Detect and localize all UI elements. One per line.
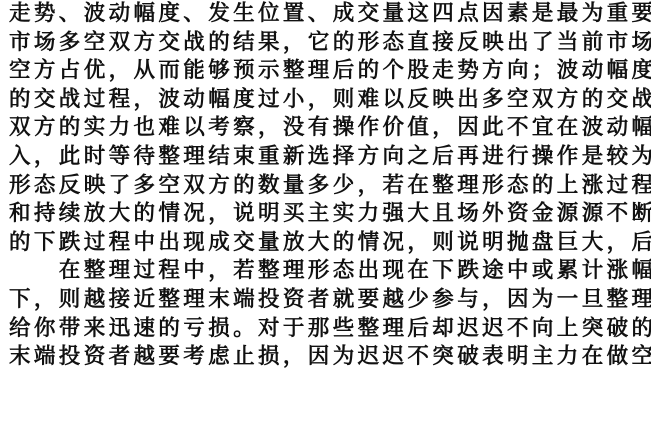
text-line: 在整理过程中，若整理形态出现在下跌途中或累计涨幅巨大的背景之 (9, 257, 643, 286)
text-line: 下，则越接近整理末端投资者就要越少参与，因为一旦整理结束，下跌将会 (9, 286, 643, 315)
text-line: 空方占优，从而能够预示整理后的个股走势方向；波动幅度反映了多空双方 (9, 57, 643, 86)
text-line: 的交战过程，波动幅度过小，则难以反映出多空双方的交战过程，我们对于 (9, 86, 643, 115)
text-line: 末端投资者越要考虑止损，因为迟迟不突破表明主力在做空。 (9, 343, 643, 372)
paragraph-1: 走势、波动幅度、发生位置、成交量这四点因素是最为重要的。K 线走势是 市场多空双… (9, 0, 643, 257)
text-line: 形态反映了多空双方的数量多少，若在整理形态的上涨过程中出现成交量温 (9, 172, 643, 201)
document-page: 走势、波动幅度、发生位置、成交量这四点因素是最为重要的。K 线走势是 市场多空双… (9, 0, 643, 372)
text-line: 双方的实力也难以考察，没有操作价值，因此不宜在波动幅度较小整理期介 (9, 114, 643, 143)
text-line: 的下跌过程中出现成交量放大的情况，则说明抛盘巨大，后势堪忧。 (9, 229, 643, 258)
text-line: 走势、波动幅度、发生位置、成交量这四点因素是最为重要的。K 线走势是 (9, 0, 643, 29)
text-line: 市场多空双方交战的结果，它的形态直接反映出了当前市场是多方占优还是 (9, 29, 643, 58)
text-line: 入，此时等待整理结束重新选择方向之后再进行操作是较为稳妥的；成交量 (9, 143, 643, 172)
paragraph-2: 在整理过程中，若整理形态出现在下跌途中或累计涨幅巨大的背景之 下，则越接近整理末… (9, 257, 643, 371)
text-line: 和持续放大的情况，说明买主实力强大且场外资金源源不断，若在整理形态 (9, 200, 643, 229)
text-line: 给你带来迅速的亏损。对于那些整理后却迟迟不向上突破的个股，则越接近 (9, 315, 643, 344)
